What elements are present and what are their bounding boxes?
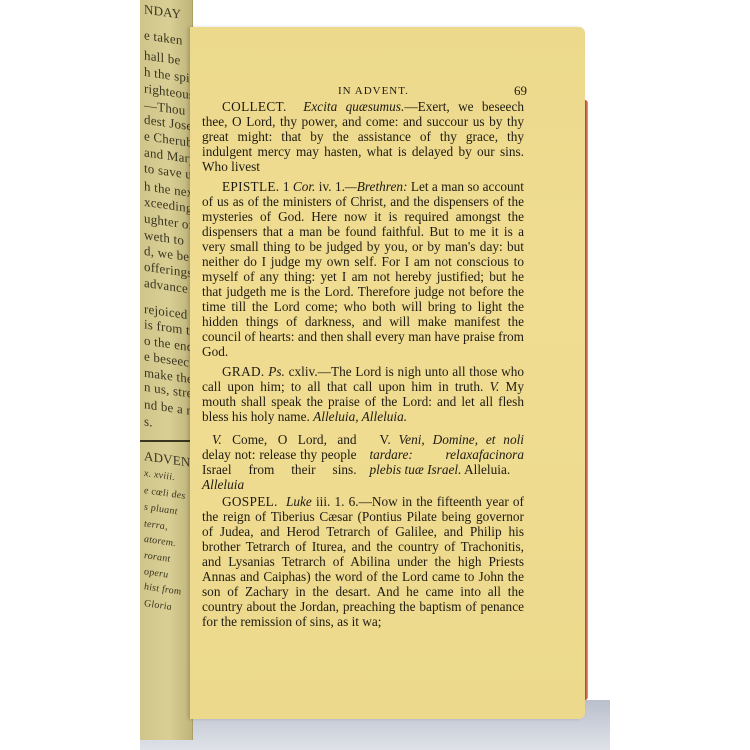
left-line: e taken [144, 27, 183, 48]
left-italic-line: terra, [144, 518, 168, 532]
epistle-ref-book: Cor. [293, 179, 316, 194]
gospel-label: GOSPEL. [222, 494, 278, 509]
left-line: NDAY [144, 1, 181, 22]
left-italic-line: hist from [144, 581, 181, 597]
gradual-ref-book: Ps. [268, 364, 285, 379]
left-italic-line: atorem. [144, 534, 176, 549]
page-text: COLLECT. Excita quæsumus.—Exert, we bese… [202, 99, 524, 632]
gospel-paragraph: GOSPEL. Luke iii. 1. 6.—Now in the fifte… [202, 494, 524, 629]
epistle-paragraph: EPISTLE. 1 Cor. iv. 1.—Brethren: Let a m… [202, 179, 524, 359]
latin-column: V. Veni, Domine, et noli tardare: relaxa… [369, 432, 524, 492]
collect-incipit: Excita quæsumus. [303, 99, 404, 114]
versicle-mark: V. [490, 379, 500, 394]
book-page: IN ADVENT. 69 COLLECT. Excita quæsumus.—… [190, 27, 585, 719]
epistle-text: Let a man so account of us as of the min… [202, 179, 524, 359]
english-versicle-mark: V. [212, 432, 222, 447]
left-page-fragment: NDAY e taken hall be h the spirit righte… [140, 0, 193, 740]
gospel-text: —Now in the fifteenth year of the reign … [202, 494, 524, 629]
left-ref: x. xviii. [144, 468, 175, 483]
left-line: s. [144, 413, 153, 430]
gospel-ref-rest: iii. 1. 6. [316, 494, 359, 509]
epistle-incipit: —Brethren: [345, 179, 408, 194]
left-italic-line: s pluant [144, 502, 178, 518]
section-rule [140, 440, 192, 442]
latin-versicle-mark: V. [379, 432, 390, 447]
left-italic-line: Gloria [144, 598, 172, 613]
latin-alleluia: Alleluia. [464, 462, 510, 477]
english-column: V. Come, O Lord, and delay not: release … [202, 432, 357, 492]
gradual-label: GRAD. [222, 364, 265, 379]
left-italic-line: e cœli des [144, 485, 185, 502]
gradual-paragraph: GRAD. Ps. cxliv.—The Lord is nigh unto a… [202, 364, 524, 424]
page-number: 69 [514, 83, 527, 99]
gradual-ref-rest: cxliv. [289, 364, 318, 379]
gospel-ref-book: Luke [286, 494, 312, 509]
english-alleluia: Alleluia [202, 477, 244, 492]
english-verse-text: Come, O Lord, and delay not: release thy… [202, 432, 357, 477]
collect-label: COLLECT. [222, 99, 287, 114]
running-head-title: IN ADVENT. [338, 85, 409, 97]
epistle-ref-num: 1 [283, 179, 290, 194]
left-italic-line: rorant [144, 550, 170, 565]
epistle-ref-rest: iv. 1. [319, 179, 345, 194]
epistle-label: EPISTLE. [222, 179, 279, 194]
collect-paragraph: COLLECT. Excita quæsumus.—Exert, we bese… [202, 99, 524, 174]
left-italic-line: operu [144, 566, 168, 580]
gradual-alleluia: Alleluia, Alleluia. [313, 409, 407, 424]
alleluia-verse-columns: V. Come, O Lord, and delay not: release … [202, 432, 524, 492]
